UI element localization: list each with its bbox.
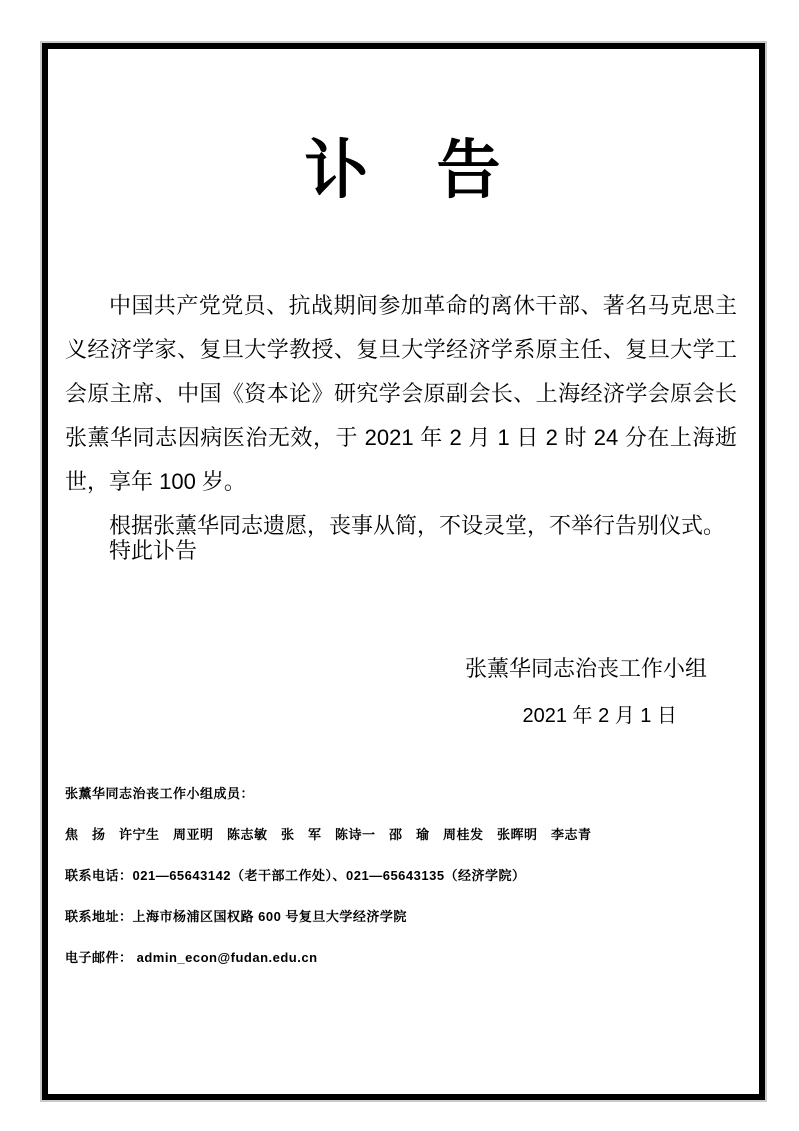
notice-body: 中国共产党党员、抗战期间参加革命的离休干部、著名马克思主义经济学家、复旦大学教授… (65, 284, 737, 548)
contact-phone-line: 联系电话：021—65643142（老干部工作处）、021—65643135（经… (65, 855, 739, 896)
notice-paragraph-1: 中国共产党党员、抗战期间参加革命的离休干部、著名马克思主义经济学家、复旦大学教授… (65, 284, 737, 504)
contact-address-line: 联系地址：上海市杨浦区国权路 600 号复旦大学经济学院 (65, 896, 739, 937)
members-names-line: 焦 扬 许宁生 周亚明 陈志敏 张 军 陈诗一 邵 瑜 周桂发 张晖明 李志青 (65, 814, 739, 855)
notice-title: 讣 告 (48, 134, 759, 206)
contact-email-line: 电子邮件： admin_econ@fudan.edu.cn (65, 937, 739, 978)
signature-line: 张薰华同志治丧工作小组 (48, 647, 707, 691)
members-label-line: 张薰华同志治丧工作小组成员： (65, 773, 739, 814)
document-border-frame: 讣 告 中国共产党党员、抗战期间参加革命的离休干部、著名马克思主义经济学家、复旦… (42, 43, 765, 1100)
footer-block: 张薰华同志治丧工作小组成员： 焦 扬 许宁生 周亚明 陈志敏 张 军 陈诗一 邵… (65, 773, 739, 978)
obituary-page: 讣 告 中国共产党党员、抗战期间参加革命的离休干部、著名马克思主义经济学家、复旦… (0, 0, 799, 1131)
closing-line: 特此讣告 (65, 529, 465, 573)
signature-date: 2021 年 2 月 1 日 (48, 694, 677, 738)
